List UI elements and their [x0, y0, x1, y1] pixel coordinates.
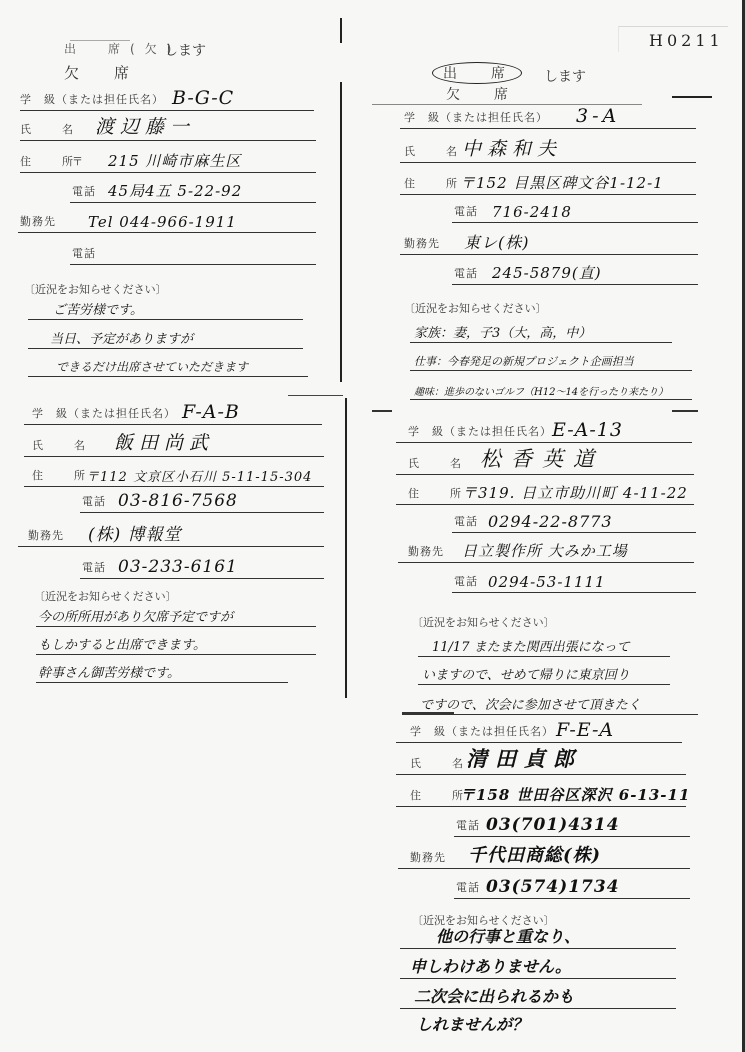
address-value: 〒152 目黒区碑文谷1-12-1 — [460, 172, 664, 193]
work-phone-label: 電話 — [456, 879, 480, 895]
remark-line: 申しわけありません。 — [400, 956, 676, 979]
name-value: 清田貞郎 — [466, 743, 582, 773]
card-divider — [340, 18, 342, 43]
workplace-label: 勤務先 — [28, 527, 64, 543]
work-phone-row: 電話 245-5879(直) — [452, 262, 698, 285]
work-phone-value: 03-233-6161 — [118, 557, 238, 577]
work-phone-row: 電話 — [70, 242, 316, 265]
attend-option-selected: 出 席 — [432, 62, 522, 84]
phone-label: 電話 — [82, 493, 106, 509]
phone-value: 45局4五 5-22-92 — [108, 180, 242, 201]
card-divider — [345, 398, 347, 698]
rsvp-card-1: 出 席(欠) します 欠 席 学 級（または担任氏名） B-G-C 氏 名 渡辺… — [0, 0, 372, 390]
workplace-label: 勤務先 — [410, 849, 446, 865]
work-phone-row: 電話 0294-53-1111 — [452, 570, 696, 593]
address-row: 住 所 〒112 文京区小石川 5-11-15-304 — [24, 464, 324, 487]
card-top-rule — [672, 410, 698, 412]
work-phone-value: 245-5879(直) — [492, 262, 602, 283]
work-phone-value: 03(574)1734 — [486, 877, 620, 897]
workplace-row: 勤務先 (株) 博報堂 — [18, 524, 324, 547]
address-row: 住 所 〒158 世田谷区深沢 6-13-11 — [396, 784, 686, 807]
remark-line: 仕事：今春発足の新規プロジェクト企画担当 — [410, 348, 692, 371]
class-value: 3-A — [576, 105, 620, 127]
phone-row: 電話 03(701)4314 — [454, 814, 690, 837]
remark-line: 当日、予定がありますが — [28, 326, 303, 349]
rsvp-card-3: 学 級（または担任氏名） F-A-B 氏 名 飯田尚武 住 所 〒112 文京区… — [0, 390, 372, 710]
workplace-value: 日立製作所 大みか工場 — [462, 540, 628, 561]
phone-label: 電話 — [72, 183, 96, 199]
address-row: 住 所 〒 215 川崎市麻生区 — [20, 150, 316, 173]
class-row: 学 級（または担任氏名） F-A-B — [24, 402, 322, 425]
attendance-suffix: します — [544, 66, 586, 86]
name-value: 松香英道 — [480, 443, 604, 473]
phone-row: 電話 45局4五 5-22-92 — [70, 180, 316, 203]
address-row: 住 所 〒319. 日立市助川町 4-11-22 — [396, 482, 694, 505]
workplace-value: (株) 博報堂 — [88, 520, 182, 545]
class-label: 学 級（または担任氏名） — [32, 405, 176, 421]
workplace-label: 勤務先 — [408, 543, 444, 559]
address-value: 215 川崎市麻生区 — [108, 150, 241, 171]
phone-row: 電話 0294-22-8773 — [452, 510, 696, 533]
remarks-label: 〔近況をお知らせください〕 — [404, 300, 547, 316]
card-top-rule — [402, 712, 454, 715]
remark-line: いますので、せめて帰りに東京回り — [418, 662, 670, 685]
phone-label: 電話 — [454, 203, 478, 219]
name-label: 氏 名 — [20, 121, 83, 137]
name-row: 氏 名 飯田尚武 — [24, 434, 324, 457]
class-row: 学 級（または担任氏名） B-G-C — [20, 88, 314, 111]
phone-value: 716-2418 — [492, 203, 572, 221]
class-label: 学 級（または担任氏名） — [20, 91, 164, 107]
absent-option: 欠 席 — [446, 84, 518, 104]
attendance-suffix: します — [164, 40, 206, 60]
name-row: 氏 名 松香英道 — [396, 452, 694, 475]
remark-line: しれませんが？ — [400, 1014, 676, 1036]
workplace-value: Tel 044-966-1911 — [88, 213, 237, 231]
work-phone-label: 電話 — [72, 245, 96, 261]
card-top-rule — [672, 96, 712, 98]
absent-option: 欠 席 — [64, 62, 139, 83]
address-value: 〒319. 日立市助川町 4-11-22 — [462, 482, 688, 503]
phone-row: 電話 03-816-7568 — [80, 490, 324, 513]
class-value: E-A-13 — [552, 419, 623, 441]
card-divider — [340, 82, 342, 382]
class-value: F-A-B — [182, 401, 240, 423]
workplace-row: 勤務先 千代田商総(株) — [398, 846, 690, 869]
postal-mark: 〒 — [72, 153, 84, 169]
rsvp-card-2: 出 席 します 欠 席 学 級（または担任氏名） 3-A 氏 名 中森和夫 住 … — [372, 0, 745, 400]
class-row: 学 級（または担任氏名） E-A-13 — [396, 420, 692, 443]
class-label: 学 級（または担任氏名） — [404, 109, 548, 125]
phone-label: 電話 — [454, 513, 478, 529]
work-phone-label: 電話 — [82, 559, 106, 575]
remark-line: 今の所所用があり欠席予定ですが — [36, 604, 316, 627]
workplace-value: 東レ(株) — [464, 230, 530, 253]
class-row: 学 級（または担任氏名） 3-A — [400, 106, 696, 129]
remark-line: 趣味：進歩のないゴルフ（H12〜14を行ったり来たり） — [410, 377, 692, 400]
work-phone-label: 電話 — [454, 265, 478, 281]
remark-line: 他の行事と重なり、 — [400, 926, 676, 949]
address-row: 住 所 〒152 目黒区碑文谷1-12-1 — [400, 172, 696, 195]
class-label: 学 級（または担任氏名） — [410, 723, 554, 739]
phone-value: 03-816-7568 — [118, 491, 238, 511]
phone-value: 0294-22-8773 — [488, 512, 613, 531]
name-value: 渡辺藤一 — [95, 112, 195, 139]
address-value: 〒112 文京区小石川 5-11-15-304 — [86, 466, 312, 485]
workplace-row: 勤務先 東レ(株) — [400, 232, 698, 255]
workplace-label: 勤務先 — [20, 213, 56, 229]
phone-row: 電話 716-2418 — [452, 200, 698, 223]
remark-line: できるだけ出席させていただきます — [28, 354, 308, 377]
name-row: 氏 名 渡辺藤一 — [20, 118, 316, 141]
name-row: 氏 名 中森和夫 — [400, 140, 696, 163]
card-top-rule — [288, 395, 343, 396]
remark-line: もしかすると出席できます。 — [36, 632, 316, 655]
remarks-label: 〔近況をお知らせください〕 — [34, 588, 177, 604]
name-value: 飯田尚武 — [114, 428, 214, 455]
address-label: 住 所 — [404, 175, 467, 191]
work-phone-row: 電話 03(574)1734 — [454, 876, 690, 899]
remarks-label: 〔近況をお知らせください〕 — [412, 614, 555, 630]
workplace-label: 勤務先 — [404, 235, 440, 251]
name-label: 氏 名 — [410, 755, 473, 771]
class-label: 学 級（または担任氏名） — [408, 423, 552, 439]
name-label: 氏 名 — [32, 437, 95, 453]
name-label: 氏 名 — [404, 143, 467, 159]
remark-line: 11/17 またまた関西出張になって — [418, 634, 670, 657]
name-label: 氏 名 — [408, 455, 471, 471]
remarks-label: 〔近況をお知らせください〕 — [24, 281, 167, 297]
remark-line: 二次会に出られるかも — [400, 986, 676, 1009]
address-value: 〒158 世田谷区深沢 6-13-11 — [460, 784, 690, 805]
card-top-rule — [372, 410, 392, 412]
class-value: B-G-C — [172, 87, 234, 109]
remark-line: 幹事さん御苦労様です。 — [36, 660, 288, 683]
phone-label: 電話 — [456, 817, 480, 833]
remark-line: 家族：妻，子3（大，高，中） — [410, 320, 672, 343]
name-value: 中森和夫 — [462, 134, 562, 161]
workplace-row: 勤務先 Tel 044-966-1911 — [18, 210, 316, 233]
work-phone-label: 電話 — [454, 573, 478, 589]
workplace-row: 勤務先 日立製作所 大みか工場 — [398, 540, 694, 563]
remark-line: ご苦労様です。 — [28, 297, 303, 320]
class-value: F-E-A — [556, 719, 614, 741]
name-row: 氏 名 清田貞郎 — [396, 752, 686, 775]
rsvp-card-4: 学 級（または担任氏名） E-A-13 氏 名 松香英道 住 所 〒319. 日… — [372, 410, 745, 710]
work-phone-value: 0294-53-1111 — [488, 573, 606, 591]
work-phone-row: 電話 03-233-6161 — [80, 556, 324, 579]
workplace-value: 千代田商総(株) — [468, 841, 601, 867]
rsvp-card-5: 学 級（または担任氏名） F-E-A 氏 名 清田貞郎 住 所 〒158 世田谷… — [372, 712, 745, 1052]
class-row: 学 級（または担任氏名） F-E-A — [396, 720, 682, 743]
phone-value: 03(701)4314 — [486, 815, 620, 835]
